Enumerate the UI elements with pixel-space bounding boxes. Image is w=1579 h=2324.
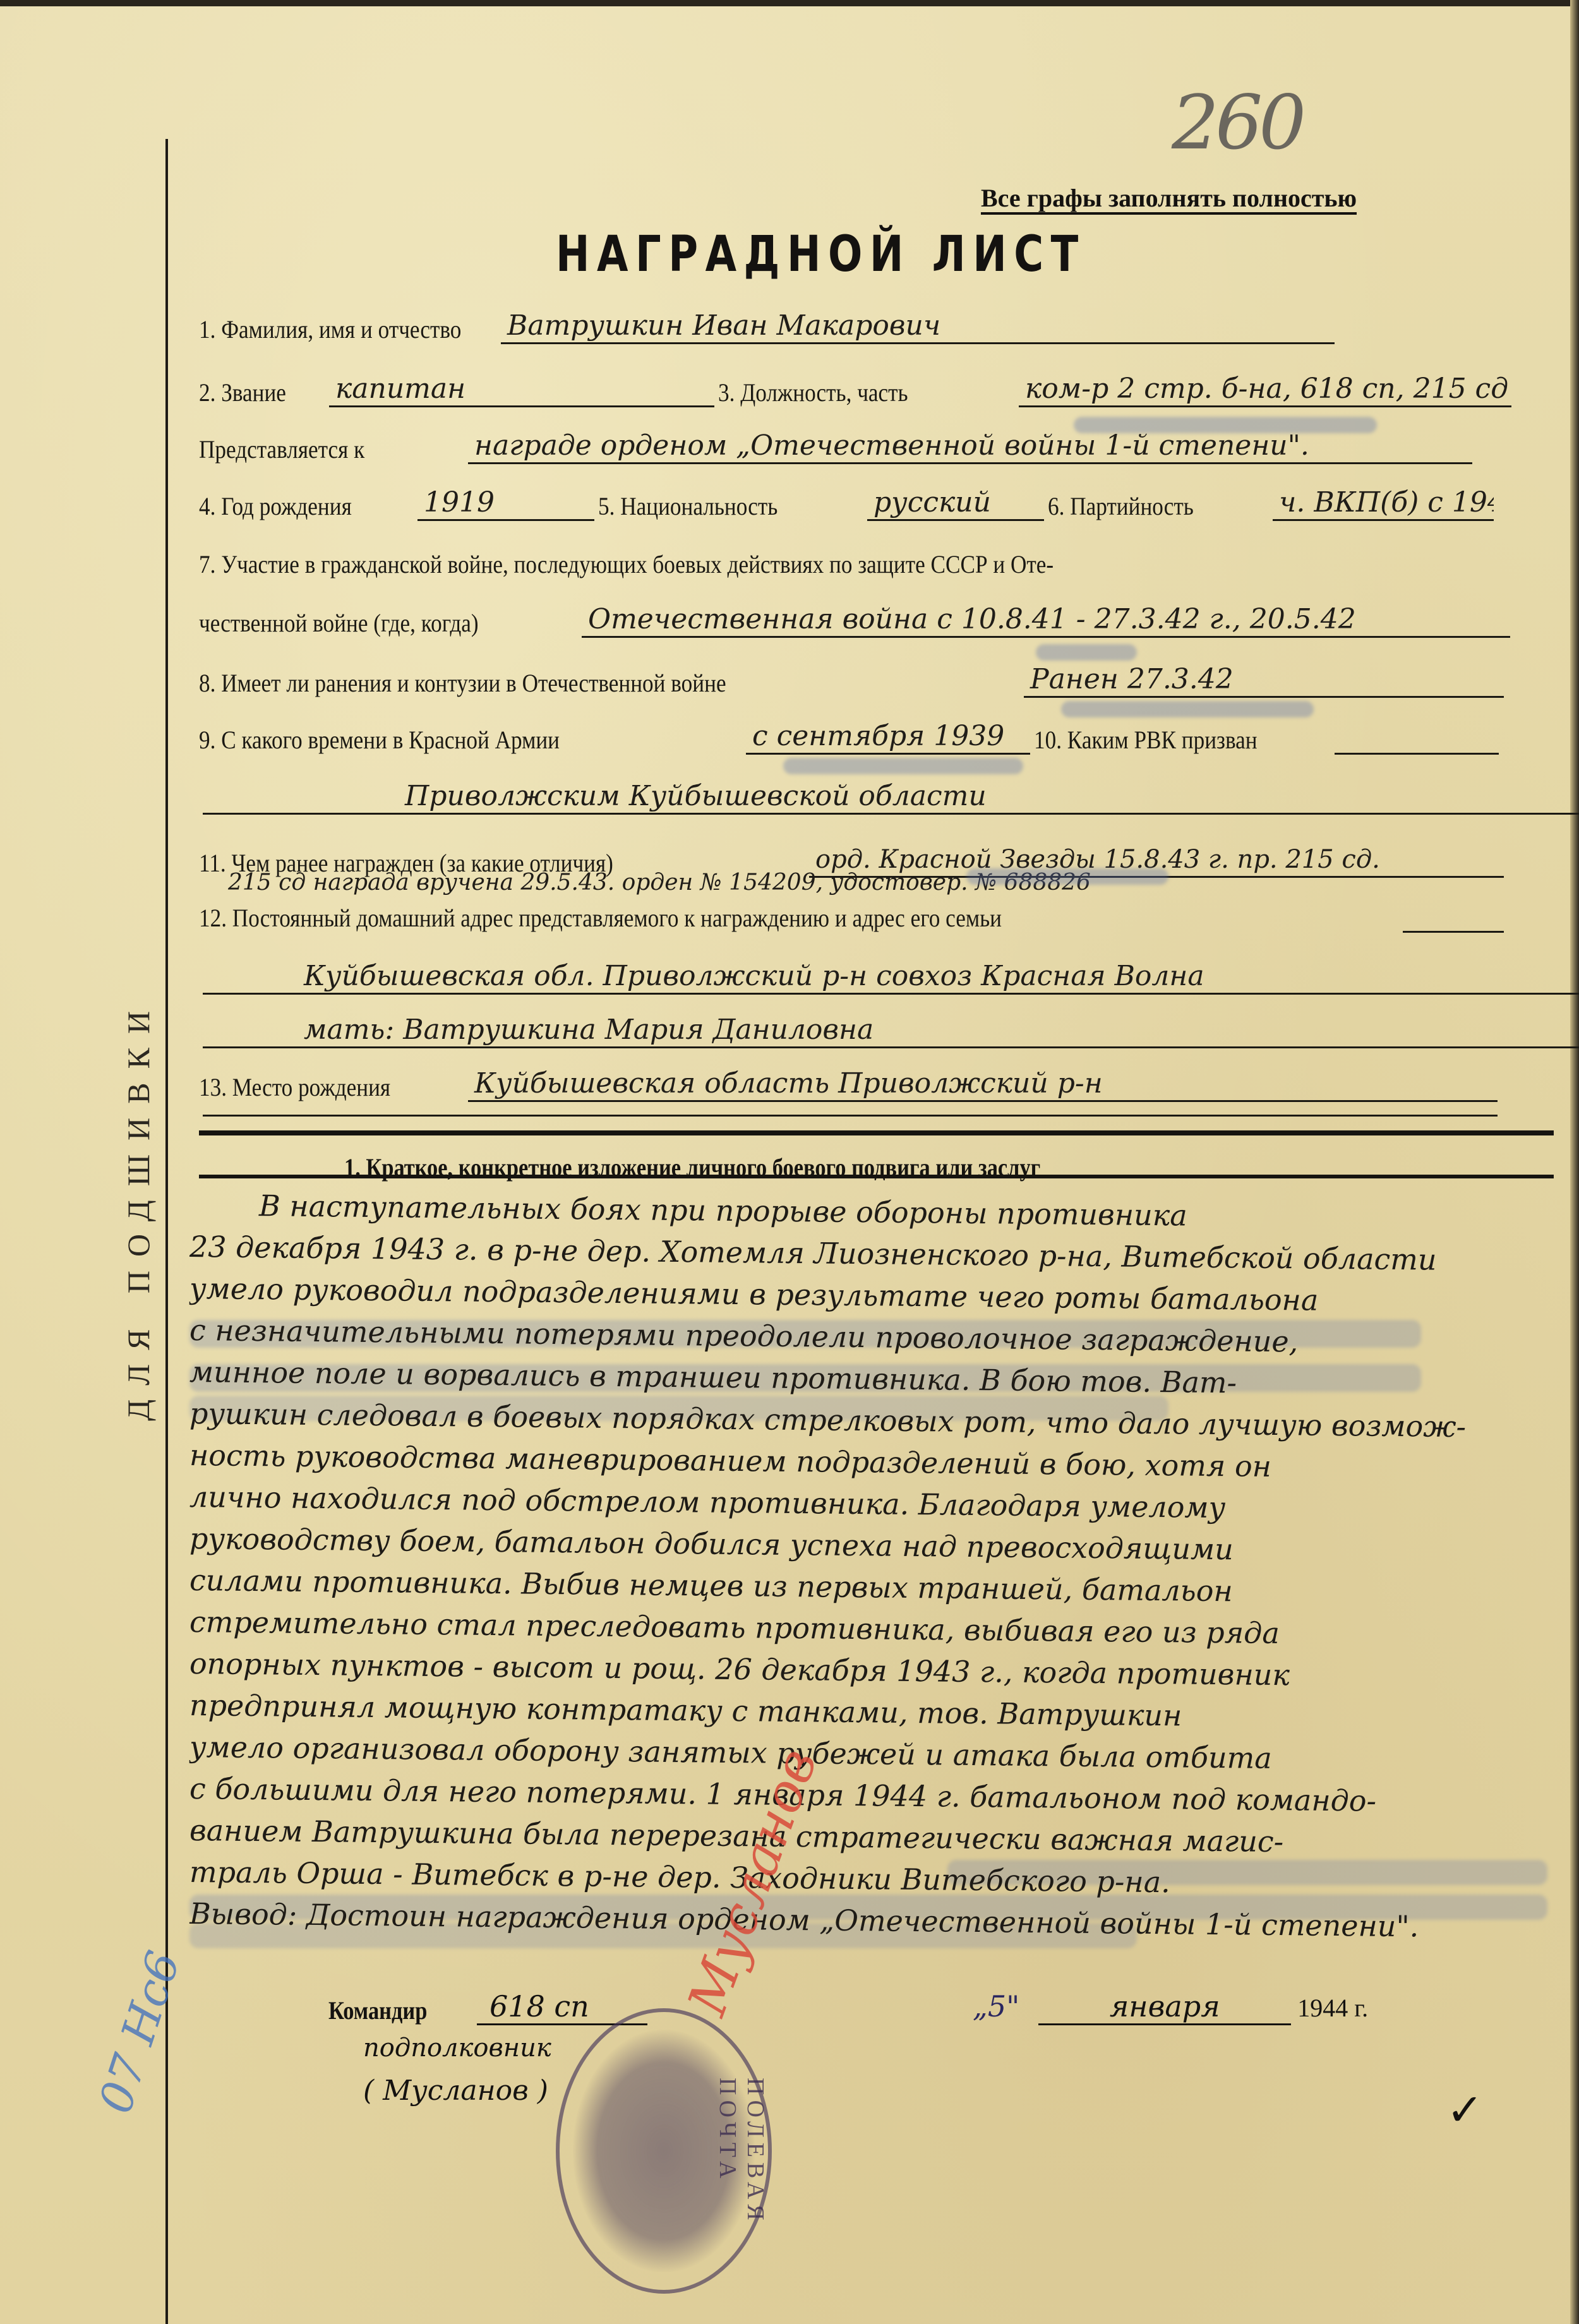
field-label: 2. Звание [199, 378, 310, 407]
field-presented-for: Представляется к награде орденом „Отечес… [199, 429, 1476, 464]
field-value-rank: капитан [329, 373, 714, 407]
blue-pencil-mark [783, 758, 1023, 774]
field-label: Представляется к [199, 434, 433, 464]
field-full-name: 1. Фамилия, имя и отчество Ватрушкин Ива… [199, 309, 1338, 344]
field-value: Ватрушкин Иван Макарович [501, 309, 1335, 344]
field-home-address-label: 12. Постоянный домашний адрес представля… [199, 903, 1508, 933]
field-value: Отечественная война с 10.8.41 - 27.3.42 … [582, 603, 1510, 638]
blue-pencil-mark [1061, 701, 1314, 717]
commander-label: Командир [328, 1996, 427, 2025]
check-mark-icon: ✓ [1446, 2084, 1484, 2136]
commander-rank: подполковник [363, 2033, 551, 2063]
field-home-address: Куйбышевская обл. Приволжский р-н совхоз… [199, 960, 1579, 995]
blue-pencil-mark [1036, 644, 1137, 661]
field-label: 6. Партийность [1048, 491, 1242, 521]
field-label: 10. Каким РВК призван [1034, 725, 1295, 755]
blue-pencil-mark [966, 868, 1168, 885]
date-day: „5" [973, 1989, 1019, 2023]
field-label: 1. Фамилия, имя и отчество [199, 314, 461, 344]
field-war-participation: чественной войне (где, когда) Отечествен… [199, 603, 1514, 638]
field-birthplace: 13. Место рождения Куйбышевская область … [199, 1067, 1501, 1102]
field-birth-nationality-party: 4. Год рождения 1919 5. Национальность р… [199, 486, 1498, 521]
date-block: „5" января 1944 г. [973, 1989, 1368, 2025]
field-blank-line [199, 1115, 1501, 1117]
commander-name: ( Мусланов ) [363, 2075, 548, 2107]
binding-margin-label: ДЛЯ ПОДШИВКИ [120, 997, 157, 1421]
field-value-position: ком-р 2 стр. б-на, 618 сп, 215 сд [1019, 373, 1511, 407]
field-label: 4. Год рождения [199, 491, 388, 521]
field-rank-position: 2. Звание капитан 3. Должность, часть ко… [199, 373, 1515, 407]
field-service-since: 9. С какого времени в Красной Армии с се… [199, 720, 1503, 755]
field-value: Ранен 27.3.42 [1024, 663, 1504, 698]
field-value: Приволжским Куйбышевской области [203, 780, 1579, 815]
achievement-narrative: В наступательных боях при прорыве оборон… [189, 1184, 1554, 1934]
page-edge-top [0, 0, 1579, 6]
handwritten-page-number: 260 [1172, 79, 1302, 166]
field-family-address: мать: Ватрушкина Мария Даниловна [199, 1014, 1579, 1048]
field-value: Куйбышевская обл. Приволжский р-н совхоз… [203, 960, 1579, 995]
date-year: 1944 г. [1297, 1994, 1368, 2022]
field-value: Куйбышевская область Приволжский р-н [468, 1067, 1498, 1102]
field-value-nationality: русский [867, 486, 1044, 521]
field-label: 5. Национальность [598, 491, 832, 521]
field-label: 8. Имеет ли ранения и контузии в Отечест… [199, 668, 922, 698]
section-rule-top [199, 1130, 1554, 1135]
field-value-party: ч. ВКП(б) с 1942 [1273, 486, 1494, 521]
blue-pencil-note: 07 Нс6 [88, 1944, 190, 2119]
field-label: чественной войне (где, когда) [199, 608, 532, 638]
field-value: награде орденом „Отечественной войны 1-й… [468, 429, 1472, 464]
field-label: 13. Место рождения [199, 1072, 433, 1102]
field-wounds: 8. Имеет ли ранения и контузии в Отечест… [199, 663, 1508, 698]
field-value-birth-year: 1919 [417, 486, 594, 521]
date-month: января [1038, 1989, 1291, 2025]
fill-instruction: Все графы заполнять полностью [981, 183, 1357, 213]
document-title: НАГРАДНОЙ ЛИСТ [556, 226, 1086, 283]
field-label: 9. С какого времени в Красной Армии [199, 725, 677, 755]
page-edge-right [1570, 0, 1579, 2324]
field-value-service-since: с сентября 1939 [746, 720, 1030, 755]
stamp-text: ПОЛЕВАЯ ПОЧТА [714, 2078, 769, 2324]
award-sheet: ДЛЯ ПОДШИВКИ 260 Все графы заполнять пол… [0, 0, 1579, 2324]
field-label: 3. Должность, часть [718, 378, 980, 407]
field-conscription-office: Приволжским Куйбышевской области [199, 780, 1579, 815]
field-war-participation-label: 7. Участие в гражданской войне, последую… [199, 549, 1170, 579]
field-value: мать: Ватрушкина Мария Даниловна [203, 1014, 1579, 1048]
section-rule-bottom [199, 1175, 1554, 1178]
